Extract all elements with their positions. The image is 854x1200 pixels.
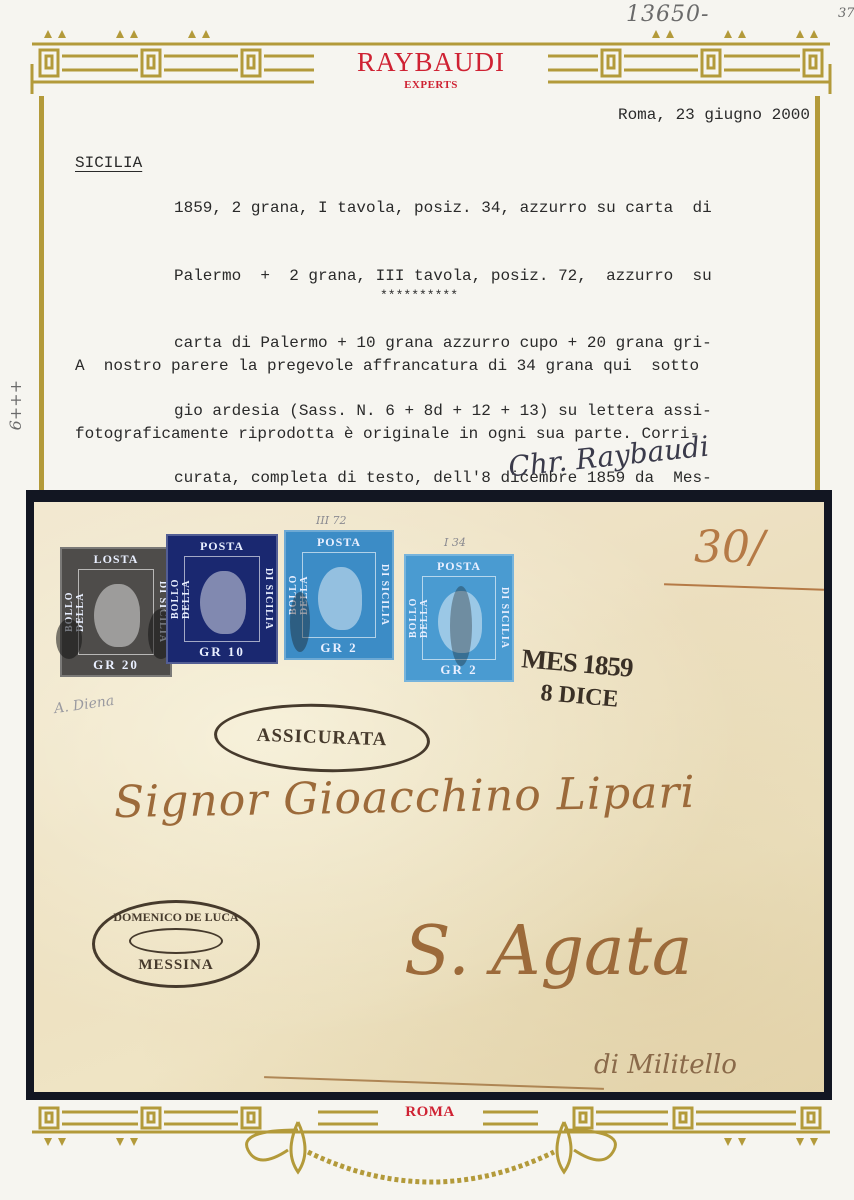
cancellation-mark bbox=[450, 586, 472, 666]
position-note: I 34 bbox=[444, 536, 466, 549]
right-gold-bar bbox=[815, 96, 820, 491]
stamp-left-label: BOLLO DELLA bbox=[170, 558, 184, 640]
addressee-name: Signor Gioacchino Lipari bbox=[114, 767, 696, 828]
destination-town: S. Agata bbox=[404, 912, 692, 991]
cancellation-mark bbox=[56, 619, 82, 659]
stamp-2-grana-I-34: POSTA BOLLO DELLA DI SICILIA GR 2 bbox=[404, 554, 514, 682]
stamp-right-label: DI SICILIA bbox=[260, 558, 274, 640]
opinion-line: A nostro parere la pregevole affrancatur… bbox=[75, 355, 699, 378]
king-portrait-icon bbox=[200, 571, 245, 634]
postal-cover: LOSTA BOLLO DELLA DI SICILIA GR 20 POSTA… bbox=[34, 502, 824, 1092]
stamp-top-label: POSTA bbox=[286, 535, 392, 550]
postmark-line2: 8 DICE bbox=[539, 680, 630, 715]
stamp-value-label: GR 20 bbox=[62, 657, 170, 673]
rate-marking: 30/ bbox=[694, 522, 765, 573]
stamp-top-label: LOSTA bbox=[62, 552, 170, 567]
dealer-stamp-inner-oval bbox=[129, 928, 223, 954]
dealer-stamp-bottom: MESSINA bbox=[138, 957, 213, 974]
position-note: III 72 bbox=[316, 514, 347, 527]
cover-photo-frame: LOSTA BOLLO DELLA DI SICILIA GR 20 POSTA… bbox=[26, 490, 832, 1100]
king-portrait-icon bbox=[318, 567, 363, 630]
messina-postmark: MES 1859 8 DICE bbox=[518, 643, 634, 714]
dealer-stamp-top: DOMENICO DE LUCA bbox=[113, 910, 238, 925]
pencil-expert-signature: A. Diena bbox=[53, 693, 115, 717]
inventory-number-note: 13650- bbox=[626, 2, 709, 27]
stamp-top-label: POSTA bbox=[406, 559, 512, 574]
side-pencil-note: 6+++ bbox=[6, 380, 25, 430]
king-portrait-icon bbox=[94, 584, 139, 647]
rate-underline bbox=[664, 583, 824, 591]
stamp-right-label: DI SICILIA bbox=[376, 554, 390, 636]
stamp-left-label: BOLLO DELLA bbox=[408, 578, 422, 658]
corner-mark-note: 37 bbox=[838, 6, 854, 21]
cancellation-mark bbox=[290, 592, 310, 652]
stamp-top-label: POSTA bbox=[168, 539, 276, 554]
assicurata-handstamp: ASSICURATA bbox=[213, 700, 431, 775]
description-line: 1859, 2 grana, I tavola, posiz. 34, azzu… bbox=[174, 197, 712, 220]
stamp-10-grana: POSTA BOLLO DELLA DI SICILIA GR 10 bbox=[166, 534, 278, 664]
footer-city: ROMA bbox=[380, 1104, 480, 1121]
stamp-right-label: DI SICILIA bbox=[496, 578, 510, 658]
brand-subtitle: EXPERTS bbox=[318, 79, 544, 91]
stamp-value-label: GR 10 bbox=[168, 644, 276, 660]
left-gold-bar bbox=[39, 96, 44, 491]
address-flourish bbox=[264, 1076, 604, 1090]
destination-district: di Militello bbox=[594, 1050, 737, 1080]
separator: ********** bbox=[380, 285, 458, 308]
brand-name: RAYBAUDI bbox=[318, 47, 544, 78]
description-line: Palermo + 2 grana, III tavola, posiz. 72… bbox=[174, 265, 712, 288]
postmark-line1: MES 1859 bbox=[520, 643, 634, 684]
dealer-handstamp: DOMENICO DE LUCA MESSINA bbox=[92, 900, 260, 988]
certificate-date: Roma, 23 giugno 2000 bbox=[560, 106, 810, 124]
subject-label: SICILIA bbox=[75, 152, 142, 175]
stamp-2-grana-III-72: POSTA BOLLO DELLA DI SICILIA GR 2 bbox=[284, 530, 394, 660]
stamp-20-grana: LOSTA BOLLO DELLA DI SICILIA GR 20 bbox=[60, 547, 172, 677]
